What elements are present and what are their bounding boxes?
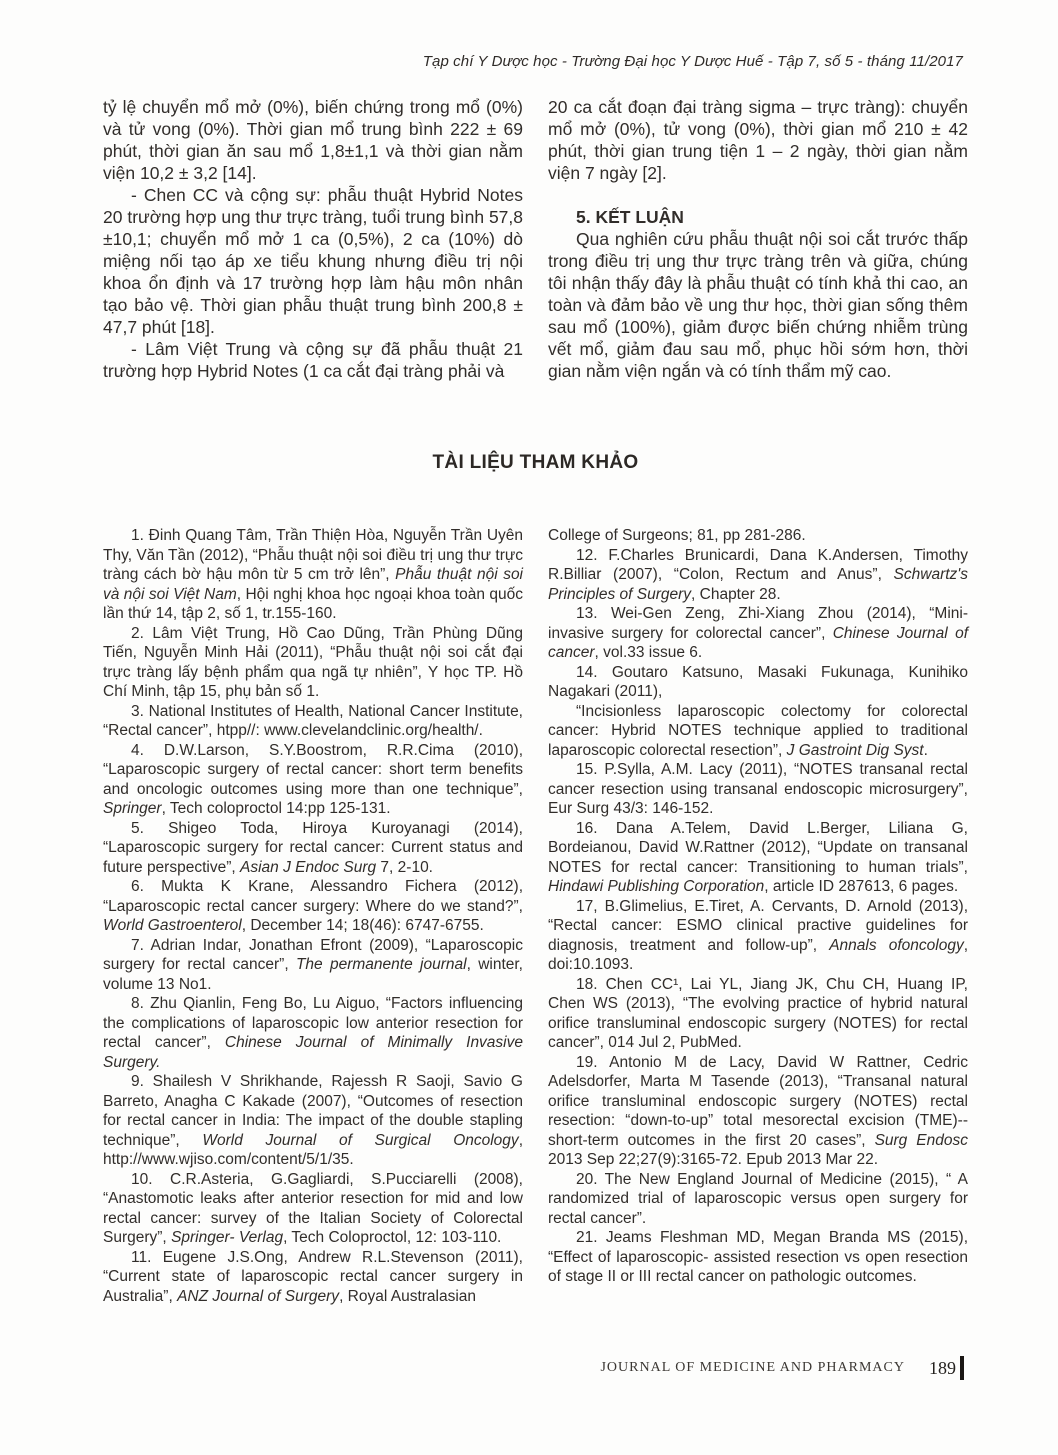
page-number: 189 xyxy=(929,1358,956,1379)
reference-journal-name: Asian J Endoc Surg xyxy=(240,859,376,876)
reference-item: 12. F.Charles Brunicardi, Dana K.Anderse… xyxy=(548,546,968,605)
reference-journal-name: ANZ Journal of Surgery xyxy=(177,1288,339,1305)
references-right-column: College of Surgeons; 81, pp 281-286.12. … xyxy=(548,526,968,1306)
reference-text: 14. Goutaro Katsuno, Masaki Fukunaga, Ku… xyxy=(548,664,968,701)
reference-item: “Incisionless laparoscopic colectomy for… xyxy=(548,702,968,761)
reference-item: 5. Shigeo Toda, Hiroya Kuroyanagi (2014)… xyxy=(103,819,523,878)
reference-item: 3. National Institutes of Health, Nation… xyxy=(103,702,523,741)
reference-text: 7, 2-10. xyxy=(376,859,433,876)
reference-journal-name: Annals ofoncology xyxy=(829,937,964,954)
references-left-column: 1. Đinh Quang Tâm, Trần Thiện Hòa, Nguyễ… xyxy=(103,526,523,1306)
reference-journal-name: Surg Endosc xyxy=(875,1132,968,1149)
reference-item: 19. Antonio M de Lacy, David W Rattner, … xyxy=(548,1053,968,1170)
references-section: 1. Đinh Quang Tâm, Trần Thiện Hòa, Nguyễ… xyxy=(103,526,968,1306)
reference-journal-name: J Gastroint Dig Syst xyxy=(787,742,924,759)
references-title: TÀI LIỆU THAM KHẢO xyxy=(103,452,968,474)
reference-text: 2. Lâm Việt Trung, Hồ Cao Dũng, Trần Phù… xyxy=(103,625,523,701)
article-body: tỷ lệ chuyển mổ mở (0%), biến chứng tron… xyxy=(103,96,968,382)
reference-journal-name: Springer xyxy=(103,800,162,817)
reference-text: 2013 Sep 22;27(9):3165-72. Epub 2013 Mar… xyxy=(548,1151,878,1168)
paragraph: tỷ lệ chuyển mổ mở (0%), biến chứng tron… xyxy=(103,96,523,184)
reference-text: . xyxy=(924,742,928,759)
reference-text: , Tech coloproctol 14:pp 125-131. xyxy=(162,800,391,817)
reference-journal-name: World Gastroenterol xyxy=(103,917,242,934)
page-edge-mark xyxy=(960,1356,964,1380)
reference-journal-name: Springer- Verlag xyxy=(171,1229,283,1246)
reference-journal-name: The permanente journal xyxy=(296,956,467,973)
reference-item: 4. D.W.Larson, S.Y.Boostrom, R.R.Cima (2… xyxy=(103,741,523,819)
reference-text: , article ID 287613, 6 pages. xyxy=(764,878,958,895)
reference-item: 18. Chen CC¹, Lai YL, Jiang JK, Chu CH, … xyxy=(548,975,968,1053)
reference-text: 18. Chen CC¹, Lai YL, Jiang JK, Chu CH, … xyxy=(548,976,968,1052)
page-footer: JOURNAL OF MEDICINE AND PHARMACY 189 xyxy=(600,1356,964,1380)
article-right-column: 20 ca cắt đoạn đại tràng sigma – trực tr… xyxy=(548,96,968,382)
reference-text: 4. D.W.Larson, S.Y.Boostrom, R.R.Cima (2… xyxy=(103,742,523,798)
reference-item: 17, B.Glimelius, E.Tiret, A. Cervants, D… xyxy=(548,897,968,975)
reference-item: 21. Jeams Fleshman MD, Megan Branda MS (… xyxy=(548,1228,968,1287)
reference-item: 1. Đinh Quang Tâm, Trần Thiện Hòa, Nguyễ… xyxy=(103,526,523,624)
journal-page: Tạp chí Y Dược học - Trường Đại học Y Dư… xyxy=(0,0,1058,1455)
paragraph: 20 ca cắt đoạn đại tràng sigma – trực tr… xyxy=(548,96,968,184)
reference-text: , Royal Australasian xyxy=(339,1288,476,1305)
reference-text: 15. P.Sylla, A.M. Lacy (2011), “NOTES tr… xyxy=(548,761,968,817)
reference-item: 13. Wei-Gen Zeng, Zhi-Xiang Zhou (2014),… xyxy=(548,604,968,663)
paragraph: - Chen CC và cộng sự: phẫu thuật Hybrid … xyxy=(103,184,523,338)
reference-text: 21. Jeams Fleshman MD, Megan Branda MS (… xyxy=(548,1229,968,1285)
reference-item: 11. Eugene J.S.Ong, Andrew R.L.Stevenson… xyxy=(103,1248,523,1307)
article-left-column: tỷ lệ chuyển mổ mở (0%), biến chứng tron… xyxy=(103,96,523,382)
reference-text: 16. Dana A.Telem, David L.Berger, Lilian… xyxy=(548,820,968,876)
reference-text: , December 14; 18(46): 6747-6755. xyxy=(242,917,484,934)
reference-item: 6. Mukta K Krane, Alessandro Fichera (20… xyxy=(103,877,523,936)
reference-item: 14. Goutaro Katsuno, Masaki Fukunaga, Ku… xyxy=(548,663,968,702)
reference-item: 16. Dana A.Telem, David L.Berger, Lilian… xyxy=(548,819,968,897)
reference-item: College of Surgeons; 81, pp 281-286. xyxy=(548,526,968,546)
reference-journal-name: Hindawi Publishing Corporation xyxy=(548,878,764,895)
reference-item: 10. C.R.Asteria, G.Gagliardi, S.Pucciare… xyxy=(103,1170,523,1248)
reference-text: , vol.33 issue 6. xyxy=(595,644,703,661)
footer-journal-name: JOURNAL OF MEDICINE AND PHARMACY xyxy=(600,1360,905,1376)
reference-item: 20. The New England Journal of Medicine … xyxy=(548,1170,968,1229)
reference-text: , Tech Coloproctol, 12: 103-110. xyxy=(283,1229,501,1246)
journal-header: Tạp chí Y Dược học - Trường Đại học Y Dư… xyxy=(103,53,963,70)
reference-text: , Chapter 28. xyxy=(691,586,781,603)
paragraph: - Lâm Việt Trung và cộng sự đã phẫu thuậ… xyxy=(103,338,523,382)
reference-item: 8. Zhu Qianlin, Feng Bo, Lu Aiguo, “Fact… xyxy=(103,994,523,1072)
conclusion-heading: 5. KẾT LUẬN xyxy=(548,184,968,228)
reference-text: College of Surgeons; 81, pp 281-286. xyxy=(548,527,806,544)
reference-item: 9. Shailesh V Shrikhande, Rajessh R Saoj… xyxy=(103,1072,523,1170)
reference-item: 7. Adrian Indar, Jonathan Efront (2009),… xyxy=(103,936,523,995)
reference-item: 15. P.Sylla, A.M. Lacy (2011), “NOTES tr… xyxy=(548,760,968,819)
reference-item: 2. Lâm Việt Trung, Hồ Cao Dũng, Trần Phù… xyxy=(103,624,523,702)
reference-text: 3. National Institutes of Health, Nation… xyxy=(103,703,523,740)
reference-text: 6. Mukta K Krane, Alessandro Fichera (20… xyxy=(103,878,523,915)
reference-text: 20. The New England Journal of Medicine … xyxy=(548,1171,968,1227)
reference-journal-name: World Journal of Surgical Oncology xyxy=(202,1132,518,1149)
conclusion-paragraph: Qua nghiên cứu phẫu thuật nội soi cắt tr… xyxy=(548,228,968,382)
